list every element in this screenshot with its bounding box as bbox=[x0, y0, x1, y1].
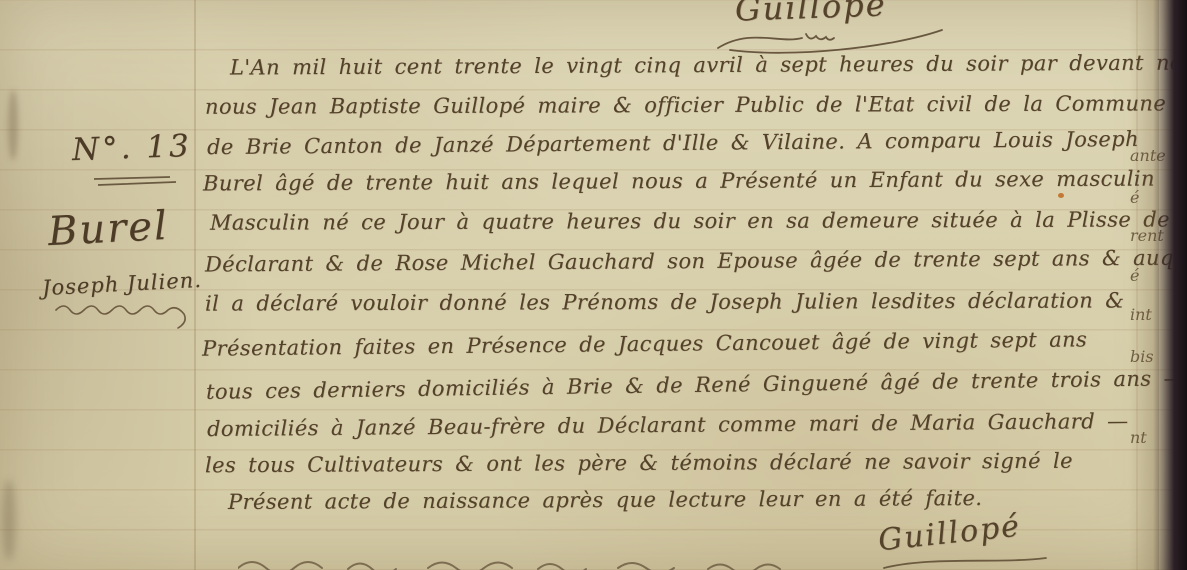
margin-surname: Burel bbox=[47, 203, 170, 255]
record-number: N°. 13 bbox=[71, 128, 192, 168]
signature-paraph-flourish bbox=[710, 24, 950, 54]
body-line-12: Présent acte de naissance après que lect… bbox=[228, 486, 982, 514]
body-line-4: Burel âgé de trente huit ans lequel nous… bbox=[203, 167, 1155, 196]
margin-flourish bbox=[52, 300, 202, 334]
body-line-11: les tous Cultivateurs & ont les père & t… bbox=[205, 449, 1073, 478]
body-line-7: il a déclaré vouloir donné les Prénoms d… bbox=[205, 288, 1124, 315]
edge-smudge bbox=[2, 480, 16, 560]
body-line-1: L'An mil huit cent trente le vingt cinq … bbox=[230, 50, 1187, 79]
manuscript-page: Guillopé N°. 13 Burel Joseph Julien. L'A… bbox=[0, 0, 1187, 570]
page-edge-dark-strip bbox=[1153, 0, 1187, 570]
next-entry-cutoff-strokes bbox=[238, 554, 798, 570]
signature-bottom-flourish bbox=[880, 556, 1050, 570]
body-line-5: Masculin né ce Jour à quatre heures du s… bbox=[210, 207, 1187, 234]
edge-smudge bbox=[8, 90, 18, 160]
record-number-underline bbox=[92, 176, 178, 190]
rust-spot bbox=[1058, 193, 1064, 198]
body-line-2: nous Jean Baptiste Guillopé maire & offi… bbox=[205, 91, 1187, 118]
